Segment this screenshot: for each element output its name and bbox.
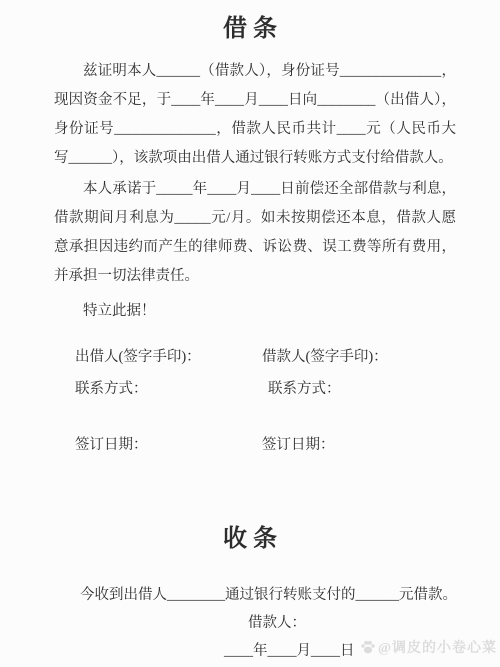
lender-sign-date-label: 签订日期： [75, 434, 262, 456]
borrower-contact-label: 联系方式： [262, 378, 341, 400]
signature-block: 出借人(签字手印)： 借款人(签字手印)： 联系方式： 联系方式： 签订日期： … [75, 346, 500, 456]
watermark: @调皮的小卷心菜 [360, 637, 497, 657]
receipt-body-line: 今收到出借人________通过银行转账支付的______元借款。 [80, 583, 500, 607]
iou-title: 借条 [0, 0, 500, 43]
signature-row-contact: 联系方式： 联系方式： [75, 378, 500, 400]
watermark-text: @调皮的小卷心菜 [378, 637, 497, 657]
signature-row-date: 签订日期： 签订日期： [75, 434, 500, 456]
document-page: 借条 兹证明本人______（借款人），身份证号______________，现… [0, 0, 500, 667]
iou-paragraph-2: 本人承诺于_____年____月____日前偿还全部借款与利息，借款期间月利息为… [54, 175, 456, 291]
lender-signature-label: 出借人(签字手印)： [75, 346, 262, 368]
paw-icon [360, 639, 376, 655]
iou-paragraph-1: 兹证明本人______（借款人），身份证号______________，现因资金… [54, 57, 456, 173]
borrower-sign-date-label: 签订日期： [262, 434, 335, 456]
signature-row-signers: 出借人(签字手印)： 借款人(签字手印)： [75, 346, 500, 368]
borrower-signature-label: 借款人(签字手印)： [262, 346, 388, 368]
lender-contact-label: 联系方式： [75, 378, 262, 400]
receipt-borrower-label: 借款人： [248, 611, 500, 635]
iou-closing: 特立此据！ [54, 297, 500, 326]
receipt-title: 收条 [0, 518, 500, 553]
